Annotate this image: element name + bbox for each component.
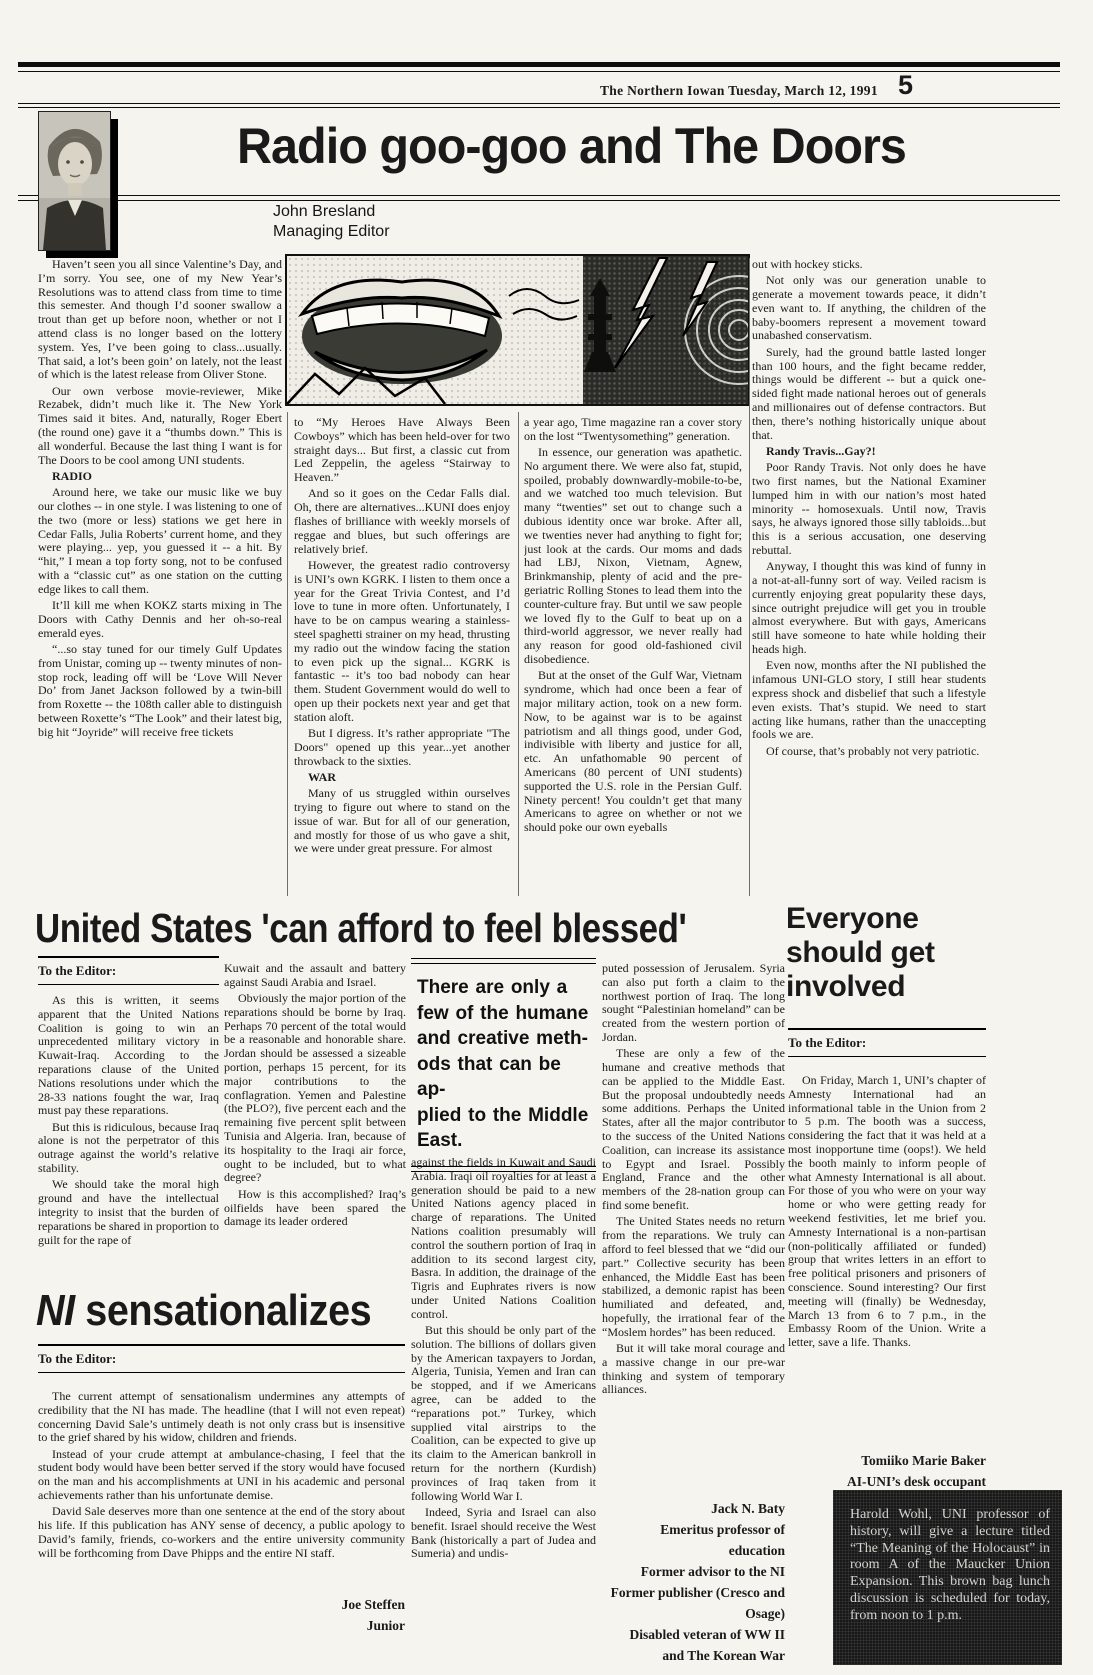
blessed-signature: Jack N. Baty Emeritus professor of educa… bbox=[560, 1498, 785, 1666]
ni-headline-italic: NI bbox=[36, 1286, 75, 1335]
blessed-column-a: To the Editor: As this is written, it se… bbox=[38, 956, 219, 1286]
subhead-randy-travis: Randy Travis...Gay?! bbox=[752, 445, 986, 459]
paragraph: David Sale deserves more than one senten… bbox=[38, 1505, 405, 1560]
paragraph: Even now, months after the NI published … bbox=[752, 659, 986, 742]
paragraph: Instead of your crude attempt at ambulan… bbox=[38, 1448, 405, 1503]
lead-column-2: to “My Heroes Have Always Been Cowboys” … bbox=[294, 416, 510, 898]
paragraph: Many of us struggled within ourselves tr… bbox=[294, 787, 510, 856]
paragraph: In essence, our generation was apathetic… bbox=[524, 446, 742, 667]
paragraph: However, the greatest radio controversy … bbox=[294, 559, 510, 725]
byline-name: John Bresland bbox=[273, 202, 375, 221]
masthead-rule-1 bbox=[18, 103, 1060, 104]
lecture-notice-box: Harold Wohl, UNI professor of history, w… bbox=[833, 1490, 1062, 1665]
headline-rule-1 bbox=[18, 195, 1060, 196]
lead-column-3: a year ago, Time magazine ran a cover st… bbox=[524, 416, 742, 898]
pull-quote-text: There are only a few of the humane and c… bbox=[411, 964, 596, 1166]
involved-letter-body: On Friday, March 1, UNI’s chapter of Amn… bbox=[788, 1074, 986, 1444]
paragraph: Around here, we take our music like we b… bbox=[38, 486, 282, 596]
ni-signature: Joe Steffen Junior bbox=[205, 1594, 405, 1636]
paragraph: a year ago, Time magazine ran a cover st… bbox=[524, 416, 742, 444]
masthead-date: The Northern Iowan Tuesday, March 12, 19… bbox=[600, 83, 878, 99]
paragraph: We should take the moral high ground and… bbox=[38, 1178, 219, 1247]
paragraph: Haven’t seen you all since Valentine’s D… bbox=[38, 258, 282, 382]
blessed-headline: United States 'can afford to feel blesse… bbox=[35, 906, 686, 950]
involved-signature: Tomiiko Marie Baker AI-UNI’s desk occupa… bbox=[788, 1450, 986, 1492]
author-portrait-graphic bbox=[39, 112, 110, 250]
pull-quote-box: There are only a few of the humane and c… bbox=[411, 958, 596, 1172]
paragraph: But this should be only part of the solu… bbox=[411, 1324, 596, 1503]
author-photo bbox=[38, 111, 111, 251]
subhead-radio: RADIO bbox=[38, 470, 282, 484]
headline-rule-2 bbox=[18, 200, 1060, 201]
pop-art-graphic bbox=[287, 256, 748, 404]
masthead-rule-2 bbox=[18, 107, 1060, 108]
lecture-notice-text: Harold Wohl, UNI professor of history, w… bbox=[850, 1507, 1050, 1623]
paragraph: Obviously the major portion of the repar… bbox=[224, 992, 406, 1185]
paragraph: As this is written, it seems apparent th… bbox=[38, 994, 219, 1118]
paragraph: But I digress. It’s rather appropriate "… bbox=[294, 727, 510, 768]
to-the-editor-label: To the Editor: bbox=[38, 1344, 405, 1373]
paragraph: Not only was our generation unable to ge… bbox=[752, 274, 986, 343]
paragraph: out with hockey sticks. bbox=[752, 258, 986, 272]
to-the-editor-label: To the Editor: bbox=[38, 956, 219, 985]
paragraph: puted possession of Jerusalem. Syria can… bbox=[602, 962, 785, 1045]
paragraph: against the fields in Kuwait and Saudi A… bbox=[411, 1156, 596, 1322]
paragraph: The current attempt of sensationalism un… bbox=[38, 1390, 405, 1445]
lead-column-4: out with hockey sticks. Not only was our… bbox=[752, 258, 986, 902]
newspaper-page: The Northern Iowan Tuesday, March 12, 19… bbox=[0, 0, 1093, 1675]
subhead-war: WAR bbox=[294, 771, 510, 785]
byline-title: Managing Editor bbox=[273, 222, 390, 241]
lead-headline: Radio goo-goo and The Doors bbox=[237, 120, 906, 172]
blessed-column-d: puted possession of Jerusalem. Syria can… bbox=[602, 962, 785, 1482]
paragraph: It’ll kill me when KOKZ starts mixing in… bbox=[38, 599, 282, 640]
paragraph: And so it goes on the Cedar Falls dial. … bbox=[294, 487, 510, 556]
lead-column-1: Haven’t seen you all since Valentine’s D… bbox=[38, 258, 282, 900]
paragraph: Kuwait and the assault and battery again… bbox=[224, 962, 406, 990]
ni-letter-body: The current attempt of sensationalism un… bbox=[38, 1390, 405, 1598]
page-number: 5 bbox=[898, 72, 913, 99]
paragraph: On Friday, March 1, UNI’s chapter of Amn… bbox=[788, 1074, 986, 1350]
ni-headline-rest: sensationalizes bbox=[75, 1286, 372, 1335]
paragraph: “...so stay tuned for our timely Gulf Up… bbox=[38, 643, 282, 740]
involved-headline: Everyone should get involved bbox=[786, 902, 991, 1004]
paragraph: to “My Heroes Have Always Been Cowboys” … bbox=[294, 416, 510, 485]
paragraph: Poor Randy Travis. Not only does he have… bbox=[752, 461, 986, 558]
paragraph: How is this accomplished? Iraq’s oilfiel… bbox=[224, 1188, 406, 1229]
paragraph: But it will take moral courage and a mas… bbox=[602, 1342, 785, 1397]
to-the-editor-label: To the Editor: bbox=[788, 1028, 986, 1057]
pop-art-illustration bbox=[285, 254, 750, 406]
paragraph: But at the onset of the Gulf War, Vietna… bbox=[524, 669, 742, 835]
column-rule-1 bbox=[287, 412, 288, 896]
blessed-column-b: Kuwait and the assault and battery again… bbox=[224, 962, 406, 1298]
paragraph: Surely, had the ground battle lasted lon… bbox=[752, 346, 986, 443]
paragraph: Of course, that’s probably not very patr… bbox=[752, 745, 986, 759]
paragraph: These are only a few of the humane and c… bbox=[602, 1047, 785, 1213]
paragraph: But this is ridiculous, because Iraq alo… bbox=[38, 1121, 219, 1176]
column-rule-3 bbox=[749, 258, 750, 896]
top-thick-rule bbox=[18, 62, 1060, 67]
paragraph: Anyway, I thought this was kind of funny… bbox=[752, 560, 986, 657]
paragraph: Our own verbose movie-reviewer, Mike Rez… bbox=[38, 385, 282, 468]
ni-headline: NI sensationalizes bbox=[36, 1288, 371, 1334]
column-rule-2 bbox=[518, 412, 519, 896]
paragraph: The United States needs no return from t… bbox=[602, 1215, 785, 1339]
